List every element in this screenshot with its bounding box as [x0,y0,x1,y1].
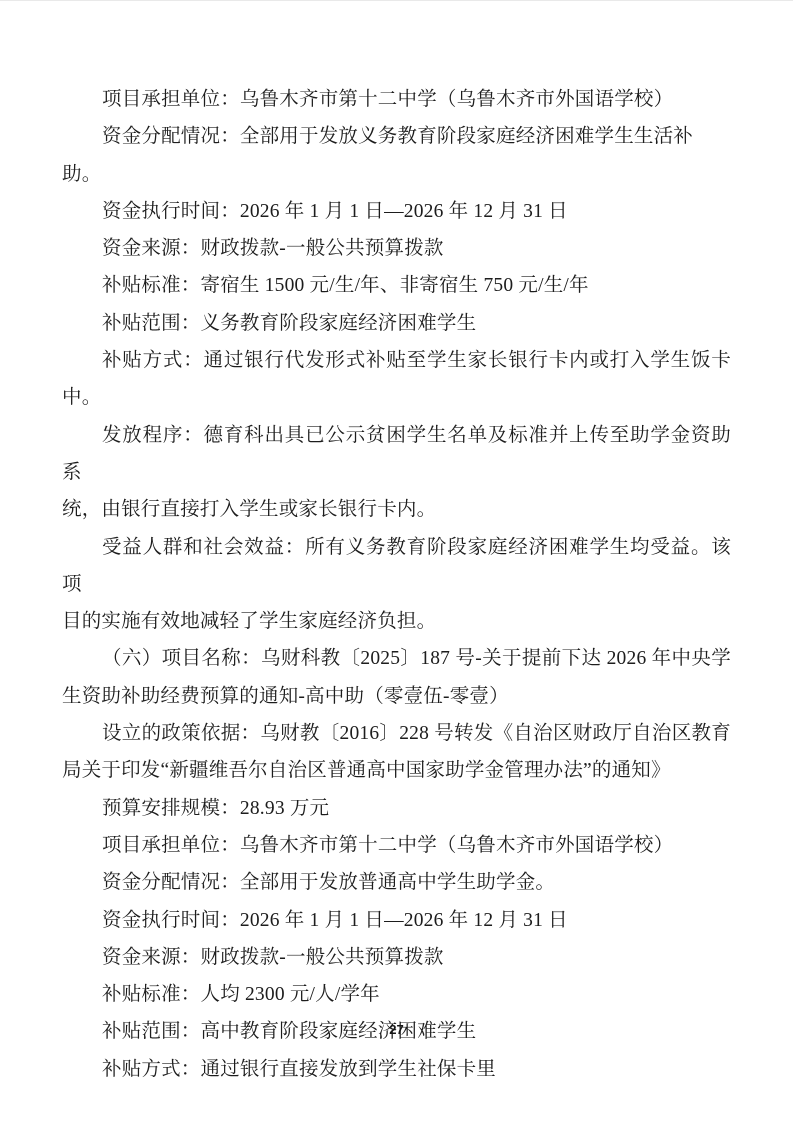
document-page: 项目承担单位：乌鲁木齐市第十二中学（乌鲁木齐市外国语学校） 资金分配情况：全部用… [0,0,793,1123]
paragraph-line: 资金执行时间：2026 年 1 月 1 日—2026 年 12 月 31 日 [62,902,731,939]
paragraph-line: 项目承担单位：乌鲁木齐市第十二中学（乌鲁木齐市外国语学校） [62,81,731,118]
paragraph-line: 局关于印发“新疆维吾尔自治区普通高中国家助学金管理办法”的通知》 [62,752,731,789]
paragraph-line: 资金来源：财政拨款-一般公共预算拨款 [62,230,731,267]
paragraph-line: 资金来源：财政拨款-一般公共预算拨款 [62,939,731,976]
paragraph: 资金来源：财政拨款-一般公共预算拨款 [62,230,731,267]
paragraph: 发放程序：德育科出具已公示贫困学生名单及标准并上传至助学金资助系 统，由银行直接… [62,417,731,529]
paragraph-line: 补贴方式：通过银行直接发放到学生社保卡里 [62,1051,731,1088]
paragraph-line: 资金分配情况：全部用于发放义务教育阶段家庭经济困难学生生活补助。 [62,118,731,193]
paragraph: 资金分配情况：全部用于发放义务教育阶段家庭经济困难学生生活补助。 [62,118,731,193]
paragraph: 预算安排规模：28.93 万元 [62,790,731,827]
paragraph: 资金来源：财政拨款-一般公共预算拨款 [62,939,731,976]
paragraph: 设立的政策依据：乌财教〔2016〕228 号转发《自治区财政厅自治区教育 局关于… [62,715,731,790]
paragraph: 项目承担单位：乌鲁木齐市第十二中学（乌鲁木齐市外国语学校） [62,81,731,118]
paragraph-line: 发放程序：德育科出具已公示贫困学生名单及标准并上传至助学金资助系 [62,417,731,492]
paragraph: 补贴标准：寄宿生 1500 元/生/年、非寄宿生 750 元/生/年 [62,267,731,304]
paragraph-line: 统，由银行直接打入学生或家长银行卡内。 [62,491,731,528]
paragraph: 补贴方式：通过银行直接发放到学生社保卡里 [62,1051,731,1088]
paragraph-line: 补贴范围：义务教育阶段家庭经济困难学生 [62,305,731,342]
paragraph-line: 项目承担单位：乌鲁木齐市第十二中学（乌鲁木齐市外国语学校） [62,827,731,864]
paragraph-line: 目的实施有效地减轻了学生家庭经济负担。 [62,603,731,640]
paragraph: 资金分配情况：全部用于发放普通高中学生助学金。 [62,864,731,901]
paragraph: 项目承担单位：乌鲁木齐市第十二中学（乌鲁木齐市外国语学校） [62,827,731,864]
paragraph-line: 补贴标准：寄宿生 1500 元/生/年、非寄宿生 750 元/生/年 [62,267,731,304]
paragraph-line: 补贴标准：人均 2300 元/人/学年 [62,976,731,1013]
page-number: 27 [0,1022,793,1037]
paragraph-line: 预算安排规模：28.93 万元 [62,790,731,827]
paragraph-line: 设立的政策依据：乌财教〔2016〕228 号转发《自治区财政厅自治区教育 [62,715,731,752]
paragraph: 补贴方式：通过银行代发形式补贴至学生家长银行卡内或打入学生饭卡 中。 [62,342,731,417]
paragraph: 受益人群和社会效益：所有义务教育阶段家庭经济困难学生均受益。该项 目的实施有效地… [62,529,731,641]
paragraph-line: 中。 [62,379,731,416]
paragraph: 补贴标准：人均 2300 元/人/学年 [62,976,731,1013]
paragraph: （六）项目名称：乌财科教〔2025〕187 号-关于提前下达 2026 年中央学… [62,640,731,715]
paragraph: 补贴范围：义务教育阶段家庭经济困难学生 [62,305,731,342]
paragraph-line: （六）项目名称：乌财科教〔2025〕187 号-关于提前下达 2026 年中央学 [62,640,731,677]
paragraph-line: 资金分配情况：全部用于发放普通高中学生助学金。 [62,864,731,901]
page-body: 项目承担单位：乌鲁木齐市第十二中学（乌鲁木齐市外国语学校） 资金分配情况：全部用… [62,81,731,1088]
paragraph-line: 受益人群和社会效益：所有义务教育阶段家庭经济困难学生均受益。该项 [62,529,731,604]
paragraph-line: 生资助补助经费预算的通知-高中助（零壹伍-零壹） [62,678,731,715]
paragraph: 资金执行时间：2026 年 1 月 1 日—2026 年 12 月 31 日 [62,193,731,230]
paragraph: 资金执行时间：2026 年 1 月 1 日—2026 年 12 月 31 日 [62,902,731,939]
paragraph-line: 补贴方式：通过银行代发形式补贴至学生家长银行卡内或打入学生饭卡 [62,342,731,379]
paragraph-line: 资金执行时间：2026 年 1 月 1 日—2026 年 12 月 31 日 [62,193,731,230]
